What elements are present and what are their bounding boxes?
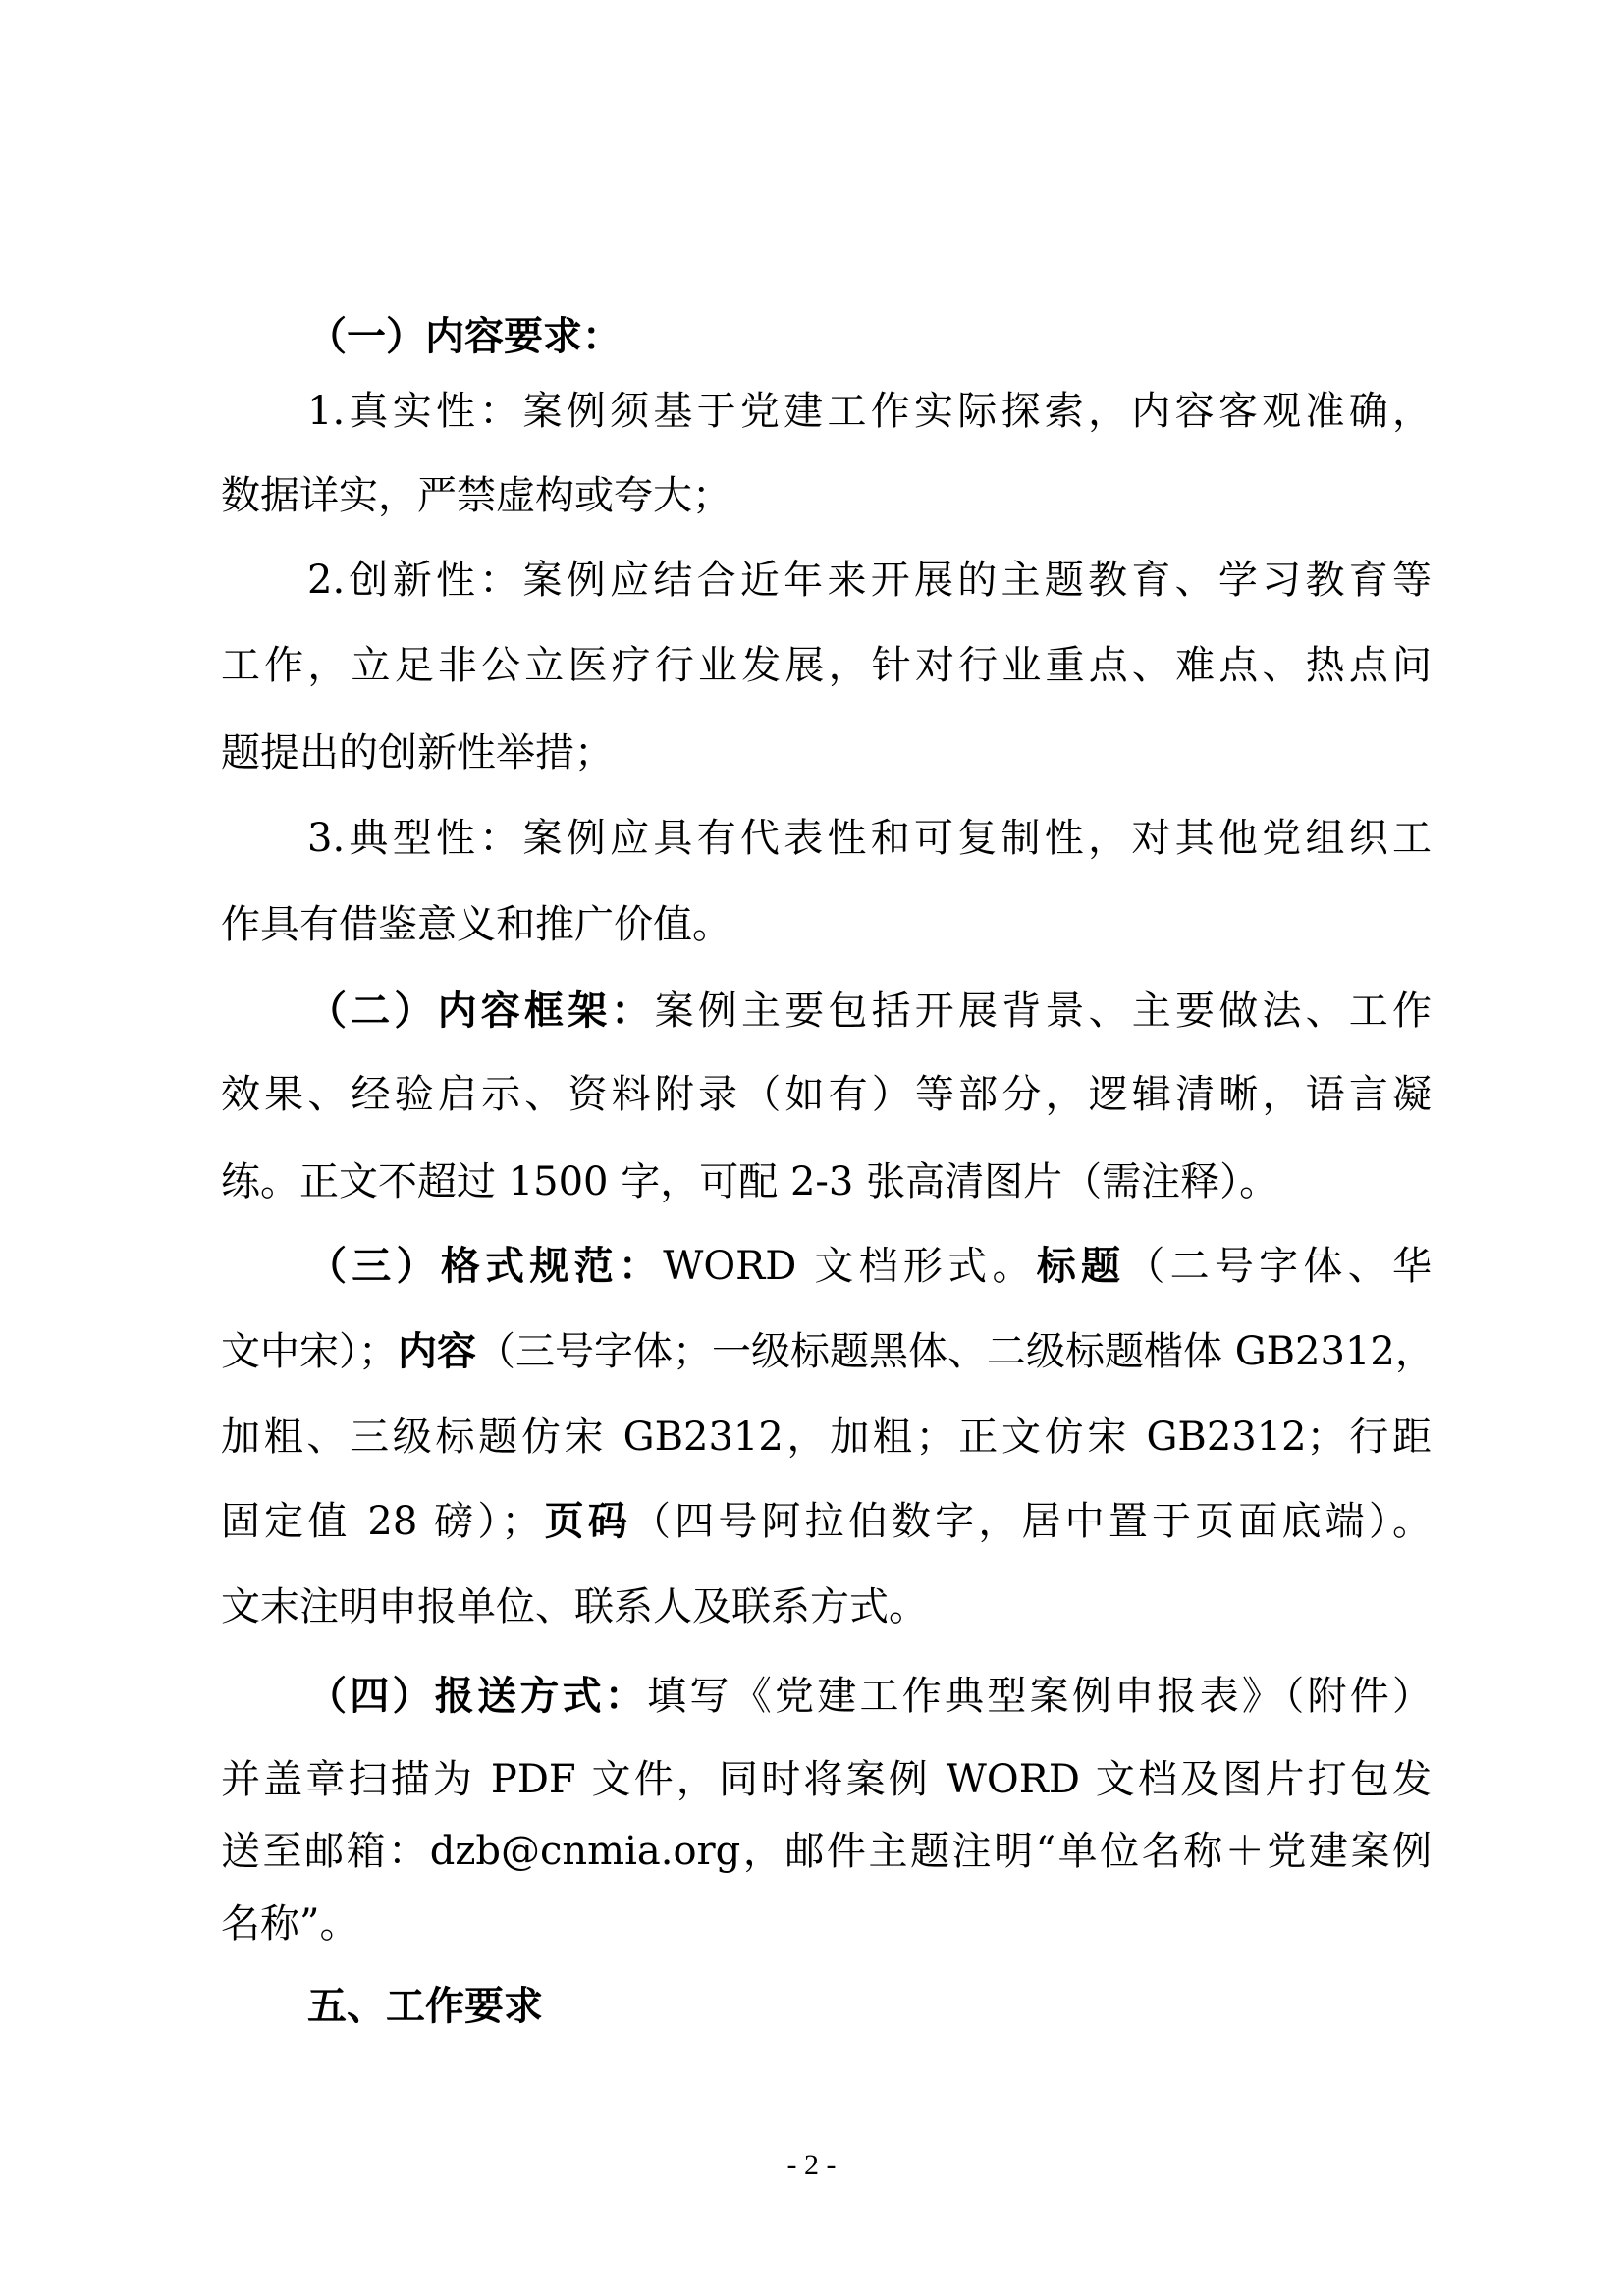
document-page: （一）内容要求： 1.真实性：案例须基于党建工作实际探索，内容客观准确， 数据详…: [0, 0, 1623, 2296]
paragraph-line: 练。正文不超过 1500 字，可配 2-3 张高清图片（需注释）。: [221, 1152, 1432, 1211]
subheading-label: （一）内容要求：: [307, 313, 622, 359]
bold-term: 页码: [541, 1498, 632, 1544]
page-number: - 2 -: [0, 2146, 1623, 2185]
subheading-label: （四）报送方式：: [307, 1673, 647, 1719]
paragraph-line: 文中宋）；内容（三号字体；一级标题黑体、二级标题楷体 GB2312，: [221, 1322, 1432, 1381]
subheading-content-requirements: （一）内容要求：: [307, 307, 1518, 366]
paragraph-line-email: 送至邮箱：dzb@cnmia.org，邮件主题注明“单位名称＋党建案例: [221, 1822, 1432, 1881]
subheading-label: （三）格式规范：: [307, 1243, 663, 1289]
paragraph-line: 并盖章扫描为 PDF 文件，同时将案例 WORD 文档及图片打包发: [221, 1750, 1432, 1809]
paragraph-line: 题提出的创新性举措；: [221, 723, 1432, 782]
paragraph-text: 固定值 28 磅）；: [221, 1499, 541, 1544]
section-heading-work-requirements: 五、工作要求: [307, 1977, 1518, 2036]
paragraph-text: （二号字体、华: [1125, 1244, 1432, 1289]
paragraph-format-spec: （三）格式规范：WORD 文档形式。标题（二号字体、华: [307, 1237, 1432, 1296]
paragraph-submission-method: （四）报送方式：填写《党建工作典型案例申报表》（附件）: [307, 1667, 1432, 1726]
paragraph-line: 名称”。: [221, 1895, 1432, 1953]
paragraph-text: 案例主要包括开展背景、主要做法、工作: [655, 988, 1432, 1034]
paragraph-line: 3.典型性：案例应具有代表性和可复制性，对其他党组织工: [307, 809, 1432, 868]
paragraph-text: WORD 文档形式。: [663, 1244, 1037, 1289]
paragraph-text: （三号字体；一级标题黑体、二级标题楷体 GB2312，: [476, 1329, 1434, 1374]
paragraph-line: 固定值 28 磅）；页码（四号阿拉伯数字，居中置于页面底端）。: [221, 1492, 1432, 1551]
paragraph-line: 效果、经验启示、资料附录（如有）等部分，逻辑清晰，语言凝: [221, 1065, 1432, 1124]
paragraph-content-framework: （二）内容框架：案例主要包括开展背景、主要做法、工作: [307, 982, 1432, 1041]
bold-term: 标题: [1037, 1243, 1126, 1289]
bold-term: 内容: [398, 1328, 476, 1374]
paragraph-line: 1.真实性：案例须基于党建工作实际探索，内容客观准确，: [307, 382, 1432, 441]
subheading-label: （二）内容框架：: [307, 988, 655, 1034]
paragraph-line: 2.创新性：案例应结合近年来开展的主题教育、学习教育等: [307, 551, 1432, 610]
paragraph-line: 工作，立足非公立医疗行业发展，针对行业重点、难点、热点问: [221, 636, 1432, 695]
paragraph-line: 作具有借鉴意义和推广价值。: [221, 895, 1432, 954]
paragraph-text: 文中宋）；: [221, 1329, 398, 1374]
paragraph-text: （四号阿拉伯数字，居中置于页面底端）。: [631, 1499, 1432, 1544]
paragraph-line: 文末注明申报单位、联系人及联系方式。: [221, 1577, 1432, 1636]
paragraph-line: 加粗、三级标题仿宋 GB2312，加粗；正文仿宋 GB2312；行距: [221, 1408, 1432, 1467]
paragraph-line: 数据详实，严禁虚构或夸大；: [221, 466, 1432, 525]
paragraph-text: 填写《党建工作典型案例申报表》（附件）: [647, 1674, 1432, 1719]
